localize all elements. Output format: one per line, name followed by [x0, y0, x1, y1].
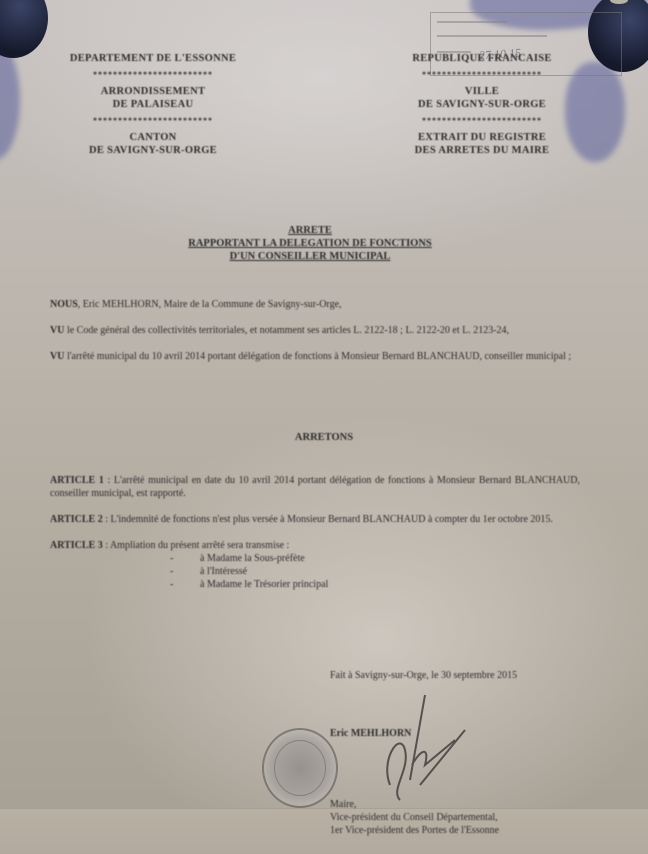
list-item: à l'Intéressé [170, 565, 580, 578]
title-vice-president-2: 1er Vice-président des Portes de l'Esson… [330, 824, 499, 837]
extrait-line1: EXTRAIT DU REGISTRE [398, 131, 566, 144]
canton-line1: CANTON [58, 131, 248, 144]
republique: REPUBLIQUE FRANCAISE [398, 52, 566, 65]
nous-paragraph: NOUS, Eric MEHLHORN, Maire de la Commune… [50, 298, 580, 311]
departement: DEPARTEMENT DE L'ESSONNE [58, 52, 248, 65]
article-3: ARTICLE 3 : Ampliation du présent arrêté… [50, 539, 580, 552]
arretons-heading: ARRETONS [0, 432, 648, 443]
title-line1: ARRETE [140, 224, 480, 237]
separator: ************************ [58, 114, 248, 127]
list-item: à Madame la Sous-préfète [170, 552, 580, 565]
articles: ARTICLE 1 : L'arrêté municipal en date d… [50, 474, 580, 591]
recipient-list: à Madame la Sous-préfète à l'Intéressé à… [170, 552, 580, 591]
official-seal-icon [262, 728, 338, 808]
title-maire: Maire, [330, 798, 499, 811]
signature-icon [370, 690, 470, 810]
vu-paragraph-2: VU l'arrêté municipal du 10 avril 2014 p… [50, 350, 580, 363]
title-line3: D'UN CONSEILLER MUNICIPAL [140, 250, 480, 263]
document-title: ARRETE RAPPORTANT LA DELEGATION DE FONCT… [140, 224, 480, 263]
signatory-name: Eric MEHLHORN [330, 728, 411, 739]
header-left: DEPARTEMENT DE L'ESSONNE ***************… [58, 52, 248, 157]
title-line2: RAPPORTANT LA DELEGATION DE FONCTIONS [140, 237, 480, 250]
separator: ************************ [398, 68, 566, 81]
arrondissement-line1: ARRONDISSEMENT [58, 85, 248, 98]
arrondissement-line2: DE PALAISEAU [58, 98, 248, 111]
ville-line2: DE SAVIGNY-SUR-ORGE [398, 98, 566, 111]
separator: ************************ [398, 114, 566, 127]
ville-line1: VILLE [398, 85, 566, 98]
canton-line2: DE SAVIGNY-SUR-ORGE [58, 144, 248, 157]
fait-a-line: Fait à Savigny-sur-Orge, le 30 septembre… [330, 670, 517, 681]
header-right: REPUBLIQUE FRANCAISE *******************… [398, 52, 566, 157]
article-1: ARTICLE 1 : L'arrêté municipal en date d… [50, 474, 580, 500]
vu-paragraph-1: VU le Code général des collectivités ter… [50, 324, 580, 337]
separator: ************************ [58, 68, 248, 81]
title-vice-president-1: Vice-président du Conseil Départemental, [330, 811, 499, 824]
extrait-line2: DES ARRETES DU MAIRE [398, 144, 566, 157]
signatory-titles: Maire, Vice-président du Conseil Départe… [330, 798, 499, 837]
preamble: NOUS, Eric MEHLHORN, Maire de la Commune… [50, 298, 580, 363]
pin-shadow-right [565, 62, 625, 162]
paper-fold [0, 808, 648, 854]
list-item: à Madame le Trésorier principal [170, 578, 580, 591]
article-2: ARTICLE 2 : L'indemnité de fonctions n'e… [50, 513, 580, 526]
